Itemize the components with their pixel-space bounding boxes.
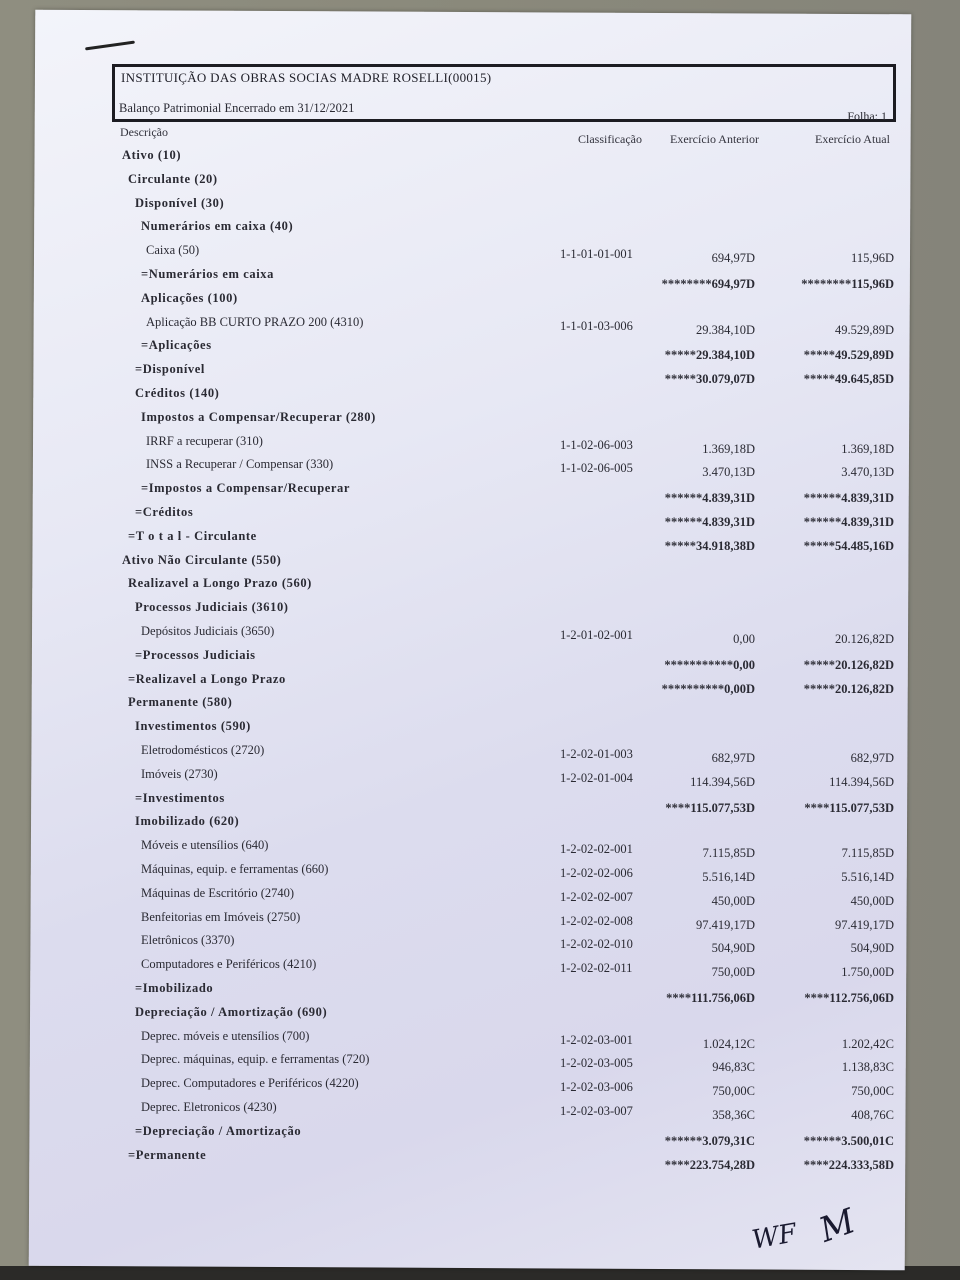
row-current-value: *****20.126,82D [804,658,894,673]
table-row: =Disponível*****30.079,07D*****49.645,85… [0,362,960,382]
row-classification: 1-2-02-03-005 [560,1056,633,1071]
row-description: Aplicação BB CURTO PRAZO 200 (4310) [146,315,363,330]
row-description: =T o t a l - Circulante [128,529,257,544]
table-row: Depósitos Judiciais (3650)1-2-01-02-0010… [0,624,960,644]
report-title: Balanço Patrimonial Encerrado em 31/12/2… [119,101,354,116]
table-row: Deprec. móveis e utensílios (700)1-2-02-… [0,1029,960,1049]
row-classification: 1-2-02-03-007 [560,1104,633,1119]
row-description: =Impostos a Compensar/Recuperar [141,481,350,496]
row-description: =Investimentos [135,791,225,806]
row-current-value: 49.529,89D [835,323,894,338]
row-previous-value: 358,36C [712,1108,755,1123]
table-row: =Processos Judiciais***********0,00*****… [0,648,960,668]
row-current-value: ******3.500,01C [804,1134,894,1149]
table-row: =Impostos a Compensar/Recuperar******4.8… [0,481,960,501]
row-classification: 1-2-02-02-010 [560,937,633,952]
column-header-description: Descrição [120,125,168,140]
row-current-value: 504,90D [851,941,894,956]
column-header-previous: Exercício Anterior [670,132,759,147]
table-row: =Aplicações*****29.384,10D*****49.529,89… [0,338,960,358]
row-description: =Numerários em caixa [141,267,274,282]
row-previous-value: ******3.079,31C [665,1134,755,1149]
row-current-value: 1.202,42C [842,1037,894,1052]
table-row: Depreciação / Amortização (690) [0,1005,960,1025]
row-current-value: ******4.839,31D [804,491,894,506]
table-row: Eletrônicos (3370)1-2-02-02-010504,90D50… [0,933,960,953]
row-classification: 1-1-01-03-006 [560,319,633,334]
row-previous-value: 7.115,85D [703,846,755,861]
row-current-value: *****49.645,85D [804,372,894,387]
row-description: =Imobilizado [135,981,213,996]
row-current-value: 114.394,56D [829,775,894,790]
table-row: =T o t a l - Circulante*****34.918,38D**… [0,529,960,549]
row-description: =Aplicações [141,338,212,353]
row-previous-value: ***********0,00 [664,658,755,673]
row-previous-value: 114.394,56D [690,775,755,790]
row-description: Circulante (20) [128,172,218,187]
row-current-value: 97.419,17D [835,918,894,933]
sheet-number: Folha: 1 [847,109,887,124]
row-current-value: 5.516,14D [841,870,894,885]
table-row: Créditos (140) [0,386,960,406]
row-current-value: 7.115,85D [842,846,894,861]
table-row: =Numerários em caixa********694,97D*****… [0,267,960,287]
table-row: Móveis e utensílios (640)1-2-02-02-0017.… [0,838,960,858]
row-previous-value: ******4.839,31D [665,491,755,506]
row-previous-value: 750,00D [712,965,755,980]
row-description: =Permanente [128,1148,206,1163]
row-description: =Realizavel a Longo Prazo [128,672,286,687]
row-classification: 1-1-01-01-001 [560,247,633,262]
row-classification: 1-2-02-03-006 [560,1080,633,1095]
table-row: Circulante (20) [0,172,960,192]
row-description: INSS a Recuperar / Compensar (330) [146,457,333,472]
table-row: Disponível (30) [0,196,960,216]
row-description: Deprec. máquinas, equip. e ferramentas (… [141,1052,369,1067]
table-row: Eletrodomésticos (2720)1-2-02-01-003682,… [0,743,960,763]
column-header-current: Exercício Atual [815,132,890,147]
row-description: =Disponível [135,362,205,377]
row-description: Disponível (30) [135,196,224,211]
row-description: Deprec. Eletronicos (4230) [141,1100,277,1115]
table-row: IRRF a recuperar (310)1-1-02-06-0031.369… [0,434,960,454]
row-current-value: 3.470,13D [841,465,894,480]
row-description: Ativo Não Circulante (550) [122,553,281,568]
row-classification: 1-2-02-01-004 [560,771,633,786]
table-row: Permanente (580) [0,695,960,715]
row-description: Realizavel a Longo Prazo (560) [128,576,312,591]
table-row: Aplicação BB CURTO PRAZO 200 (4310)1-1-0… [0,315,960,335]
row-current-value: ****112.756,06D [804,991,894,1006]
row-description: Aplicações (100) [141,291,238,306]
row-previous-value: ****223.754,28D [665,1158,755,1173]
row-previous-value: *****34.918,38D [665,539,755,554]
row-description: Imóveis (2730) [141,767,218,782]
row-description: Deprec. Computadores e Periféricos (4220… [141,1076,359,1091]
row-previous-value: 97.419,17D [696,918,755,933]
table-row: Máquinas, equip. e ferramentas (660)1-2-… [0,862,960,882]
row-current-value: 1.750,00D [841,965,894,980]
table-row: Imóveis (2730)1-2-02-01-004114.394,56D11… [0,767,960,787]
row-description: Impostos a Compensar/Recuperar (280) [141,410,376,425]
row-description: Créditos (140) [135,386,219,401]
row-description: Depreciação / Amortização (690) [135,1005,327,1020]
table-row: Ativo Não Circulante (550) [0,553,960,573]
row-description: Caixa (50) [146,243,199,258]
row-current-value: ****224.333,58D [804,1158,894,1173]
row-previous-value: 946,83C [712,1060,755,1075]
table-row: =Investimentos****115.077,53D****115.077… [0,791,960,811]
row-current-value: 450,00D [851,894,894,909]
table-row: Deprec. máquinas, equip. e ferramentas (… [0,1052,960,1072]
row-previous-value: 29.384,10D [696,323,755,338]
row-current-value: ****115.077,53D [804,801,894,816]
row-description: Eletrônicos (3370) [141,933,234,948]
column-header-classification: Classificação [578,132,642,147]
row-current-value: 682,97D [851,751,894,766]
row-previous-value: 1.369,18D [702,442,755,457]
row-description: Computadores e Periféricos (4210) [141,957,316,972]
row-description: Deprec. móveis e utensílios (700) [141,1029,309,1044]
row-description: =Processos Judiciais [135,648,256,663]
row-current-value: *****49.529,89D [804,348,894,363]
row-description: Imobilizado (620) [135,814,239,829]
table-row: Realizavel a Longo Prazo (560) [0,576,960,596]
report-header: INSTITUIÇÃO DAS OBRAS SOCIAS MADRE ROSEL… [112,64,896,122]
row-current-value: 20.126,82D [835,632,894,647]
row-description: Benfeitorias em Imóveis (2750) [141,910,300,925]
table-row: Numerários em caixa (40) [0,219,960,239]
row-previous-value: 750,00C [712,1084,755,1099]
row-previous-value: 0,00 [733,632,755,647]
row-previous-value: 694,97D [712,251,755,266]
table-row: Processos Judiciais (3610) [0,600,960,620]
row-current-value: *****54.485,16D [804,539,894,554]
row-description: =Créditos [135,505,193,520]
row-previous-value: 5.516,14D [702,870,755,885]
row-classification: 1-1-02-06-003 [560,438,633,453]
row-current-value: 408,76C [851,1108,894,1123]
table-row: Investimentos (590) [0,719,960,739]
row-previous-value: 3.470,13D [702,465,755,480]
table-row: Impostos a Compensar/Recuperar (280) [0,410,960,430]
row-description: Móveis e utensílios (640) [141,838,268,853]
table-row: =Imobilizado****111.756,06D****112.756,0… [0,981,960,1001]
row-previous-value: 1.024,12C [703,1037,755,1052]
table-row: Caixa (50)1-1-01-01-001694,97D115,96D [0,243,960,263]
row-classification: 1-2-02-02-001 [560,842,633,857]
row-description: =Depreciação / Amortização [135,1124,301,1139]
row-description: Máquinas de Escritório (2740) [141,886,294,901]
row-description: Processos Judiciais (3610) [135,600,289,615]
row-current-value: ********115,96D [801,277,894,292]
row-description: Eletrodomésticos (2720) [141,743,264,758]
table-row: =Realizavel a Longo Prazo**********0,00D… [0,672,960,692]
row-classification: 1-2-02-02-006 [560,866,633,881]
row-description: Ativo (10) [122,148,181,163]
table-row: INSS a Recuperar / Compensar (330)1-1-02… [0,457,960,477]
table-row: =Créditos******4.839,31D******4.839,31D [0,505,960,525]
institution-name: INSTITUIÇÃO DAS OBRAS SOCIAS MADRE ROSEL… [121,70,491,86]
row-current-value: 750,00C [851,1084,894,1099]
row-current-value: 1.369,18D [841,442,894,457]
table-row: Benfeitorias em Imóveis (2750)1-2-02-02-… [0,910,960,930]
row-previous-value: 504,90D [712,941,755,956]
row-current-value: 1.138,83C [842,1060,894,1075]
row-description: Permanente (580) [128,695,232,710]
row-previous-value: 682,97D [712,751,755,766]
row-current-value: 115,96D [851,251,894,266]
row-description: Investimentos (590) [135,719,251,734]
row-description: IRRF a recuperar (310) [146,434,263,449]
row-previous-value: ****115.077,53D [665,801,755,816]
row-previous-value: **********0,00D [662,682,755,697]
table-row: Máquinas de Escritório (2740)1-2-02-02-0… [0,886,960,906]
row-previous-value: *****30.079,07D [665,372,755,387]
row-description: Depósitos Judiciais (3650) [141,624,274,639]
row-previous-value: ******4.839,31D [665,515,755,530]
row-classification: 1-2-02-02-007 [560,890,633,905]
row-classification: 1-2-02-03-001 [560,1033,633,1048]
table-row: Deprec. Eletronicos (4230)1-2-02-03-0073… [0,1100,960,1120]
row-current-value: ******4.839,31D [804,515,894,530]
row-previous-value: 450,00D [712,894,755,909]
row-description: Numerários em caixa (40) [141,219,293,234]
table-row: Ativo (10) [0,148,960,168]
table-row: =Depreciação / Amortização******3.079,31… [0,1124,960,1144]
table-row: Computadores e Periféricos (4210)1-2-02-… [0,957,960,977]
row-previous-value: ****111.756,06D [666,991,755,1006]
row-classification: 1-2-01-02-001 [560,628,633,643]
row-classification: 1-1-02-06-005 [560,461,633,476]
row-current-value: *****20.126,82D [804,682,894,697]
row-classification: 1-2-02-02-008 [560,914,633,929]
row-previous-value: ********694,97D [662,277,755,292]
row-classification: 1-2-02-01-003 [560,747,633,762]
row-classification: 1-2-02-02-011 [560,961,632,976]
table-row: Imobilizado (620) [0,814,960,834]
row-previous-value: *****29.384,10D [665,348,755,363]
row-description: Máquinas, equip. e ferramentas (660) [141,862,328,877]
table-row: =Permanente****223.754,28D****224.333,58… [0,1148,960,1168]
table-row: Deprec. Computadores e Periféricos (4220… [0,1076,960,1096]
table-row: Aplicações (100) [0,291,960,311]
